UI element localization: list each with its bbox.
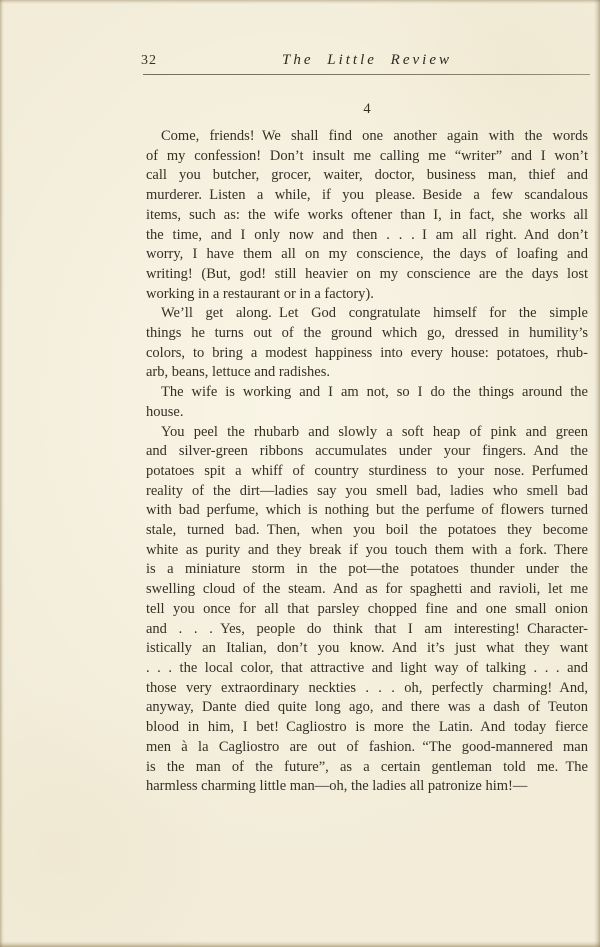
text-line: is the man of the future”, as a certain …	[146, 758, 588, 778]
text-line: with bad perfume, which is nothing but t…	[146, 501, 588, 521]
text-line: is a miniature storm in the pot—the pota…	[146, 560, 588, 580]
text-line: murderer. Listen a while, if you please.…	[146, 186, 588, 206]
text-block: Come, friends! We shall find one another…	[146, 127, 588, 797]
text-line: . . . the local color, that attractive a…	[146, 659, 588, 679]
text-line: men à la Cagliostro are out of fashion. …	[146, 738, 588, 758]
text-line: items, such as: the wife works oftener t…	[146, 206, 588, 226]
text-line: and silver-green ribbons accumulates und…	[146, 442, 588, 462]
text-line: blood in him, I bet! Cagliostro is more …	[146, 718, 588, 738]
text-line: colors, to bring a modest happiness into…	[146, 344, 588, 364]
text-line: stale, turned bad. Then, when you boil t…	[146, 521, 588, 541]
text-line: writing! (But, god! still heavier on my …	[146, 265, 588, 285]
text-line: Come, friends! We shall find one another…	[146, 127, 588, 147]
text-line: We’ll get along. Let God congratulate hi…	[146, 304, 588, 324]
text-line: working in a restaurant or in a factory)…	[146, 285, 588, 305]
text-line: You peel the rhubarb and slowly a soft h…	[146, 423, 588, 443]
text-line: the time, and I only now and then . . . …	[146, 226, 588, 246]
text-line: white as purity and they break if you to…	[146, 541, 588, 561]
text-line: arb, beans, lettuce and radishes.	[146, 363, 588, 383]
section-number: 4	[146, 101, 588, 118]
text-line: The wife is working and I am not, so I d…	[146, 383, 588, 403]
text-line: worry, I have them all on my conscience,…	[146, 245, 588, 265]
text-line: istically an Italian, don’t you know. An…	[146, 639, 588, 659]
text-line: house.	[146, 403, 588, 423]
page-header: 32 The Little Review	[146, 52, 588, 72]
text-line: harmless charming little man—oh, the lad…	[146, 777, 588, 797]
text-line: and . . . Yes, people do think that I am…	[146, 620, 588, 640]
text-line: reality of the dirt—ladies say you smell…	[146, 482, 588, 502]
header-rule	[143, 74, 590, 75]
text-line: things he turns out of the ground which …	[146, 324, 588, 344]
paragraph: Come, friends! We shall find one another…	[146, 127, 588, 304]
paragraph: The wife is working and I am not, so I d…	[146, 383, 588, 422]
paragraph: We’ll get along. Let God congratulate hi…	[146, 304, 588, 383]
running-title: The Little Review	[146, 52, 588, 69]
text-line: tell you once for all that parsley chopp…	[146, 600, 588, 620]
text-line: anyway, Dante died quite long ago, and t…	[146, 698, 588, 718]
paragraph: You peel the rhubarb and slowly a soft h…	[146, 423, 588, 797]
book-page: 32 The Little Review 4 Come, friends! We…	[0, 0, 600, 947]
text-line: those very extraordinary neckties . . . …	[146, 679, 588, 699]
text-line: swelling cloud of the steam. And as for …	[146, 580, 588, 600]
text-line: potatoes spit a whiff of country sturdin…	[146, 462, 588, 482]
text-line: call you butcher, grocer, waiter, doctor…	[146, 166, 588, 186]
page-number: 32	[141, 53, 157, 69]
text-line: of my confession! Don’t insult me callin…	[146, 147, 588, 167]
